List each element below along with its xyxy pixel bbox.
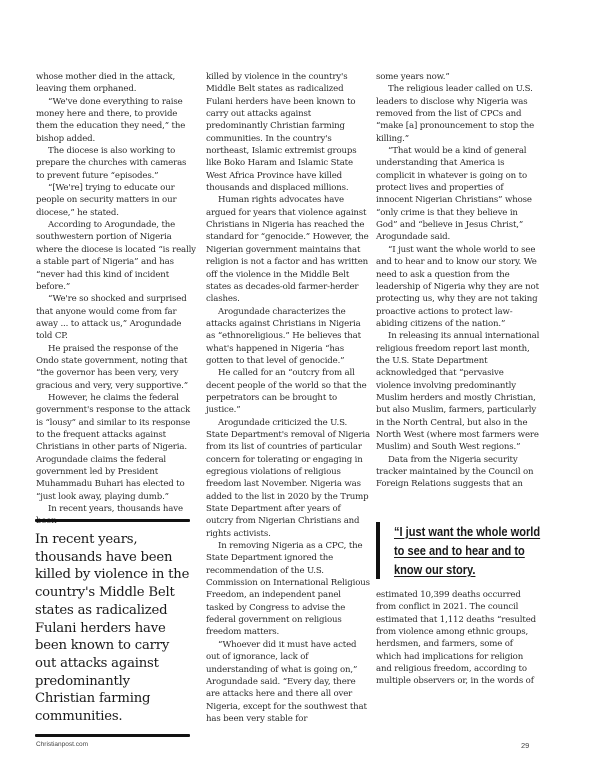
page-number: 29: [521, 741, 529, 750]
article-column-2: killed by violence in the country's Midd…: [206, 71, 370, 725]
paragraph: “We're so shocked and surprised that any…: [36, 293, 196, 342]
paragraph: According to Arogundade, the southwester…: [36, 219, 196, 293]
paragraph: Arogundade characterizes the attacks aga…: [206, 306, 370, 368]
paragraph: He called for an “outcry from all decent…: [206, 367, 370, 416]
article-column-3-continued: estimated 10,399 deaths occurred from co…: [376, 589, 540, 688]
pull-quote-bar: [376, 522, 380, 579]
article-column-3: some years now.”The religious leader cal…: [376, 71, 540, 491]
paragraph: “Whoever did it must have acted out of i…: [206, 639, 370, 725]
paragraph: “[We're] trying to educate our people on…: [36, 182, 196, 219]
paragraph: He praised the response of the Ondo stat…: [36, 343, 196, 392]
paragraph: killed by violence in the country's Midd…: [206, 71, 370, 194]
paragraph: In releasing its annual international re…: [376, 330, 540, 453]
pull-quote-right-text: “I just want the whole world to see and …: [394, 522, 543, 579]
pull-quote-top-rule: [35, 519, 190, 522]
paragraph: In removing Nigeria as a CPC, the State …: [206, 540, 370, 639]
paragraph: “I just want the whole world to see and …: [376, 244, 540, 330]
paragraph: Data from the Nigeria security tracker m…: [376, 454, 540, 491]
pull-quote-bottom-rule: [35, 734, 190, 737]
article-column-1: whose mother died in the attack, leaving…: [36, 71, 196, 528]
footer-site-name: Christianpost.com: [36, 741, 88, 748]
paragraph: some years now.”: [376, 71, 540, 83]
paragraph: “We've done everything to raise money he…: [36, 96, 196, 145]
paragraph: “That would be a kind of general underst…: [376, 145, 540, 244]
pull-quote-left-text: In recent years, thousands have been kil…: [35, 531, 190, 726]
paragraph: estimated 10,399 deaths occurred from co…: [376, 589, 540, 688]
paragraph: Human rights advocates have argued for y…: [206, 194, 370, 305]
paragraph: However, he claims the federal governmen…: [36, 392, 196, 503]
pull-quote-right: “I just want the whole world to see and …: [376, 522, 546, 579]
pull-quote-left: In recent years, thousands have been kil…: [35, 519, 190, 737]
paragraph: Arogundade criticized the U.S. State Dep…: [206, 417, 370, 540]
paragraph: whose mother died in the attack, leaving…: [36, 71, 196, 96]
paragraph: The religious leader called on U.S. lead…: [376, 83, 540, 145]
paragraph: The diocese is also working to prepare t…: [36, 145, 196, 182]
